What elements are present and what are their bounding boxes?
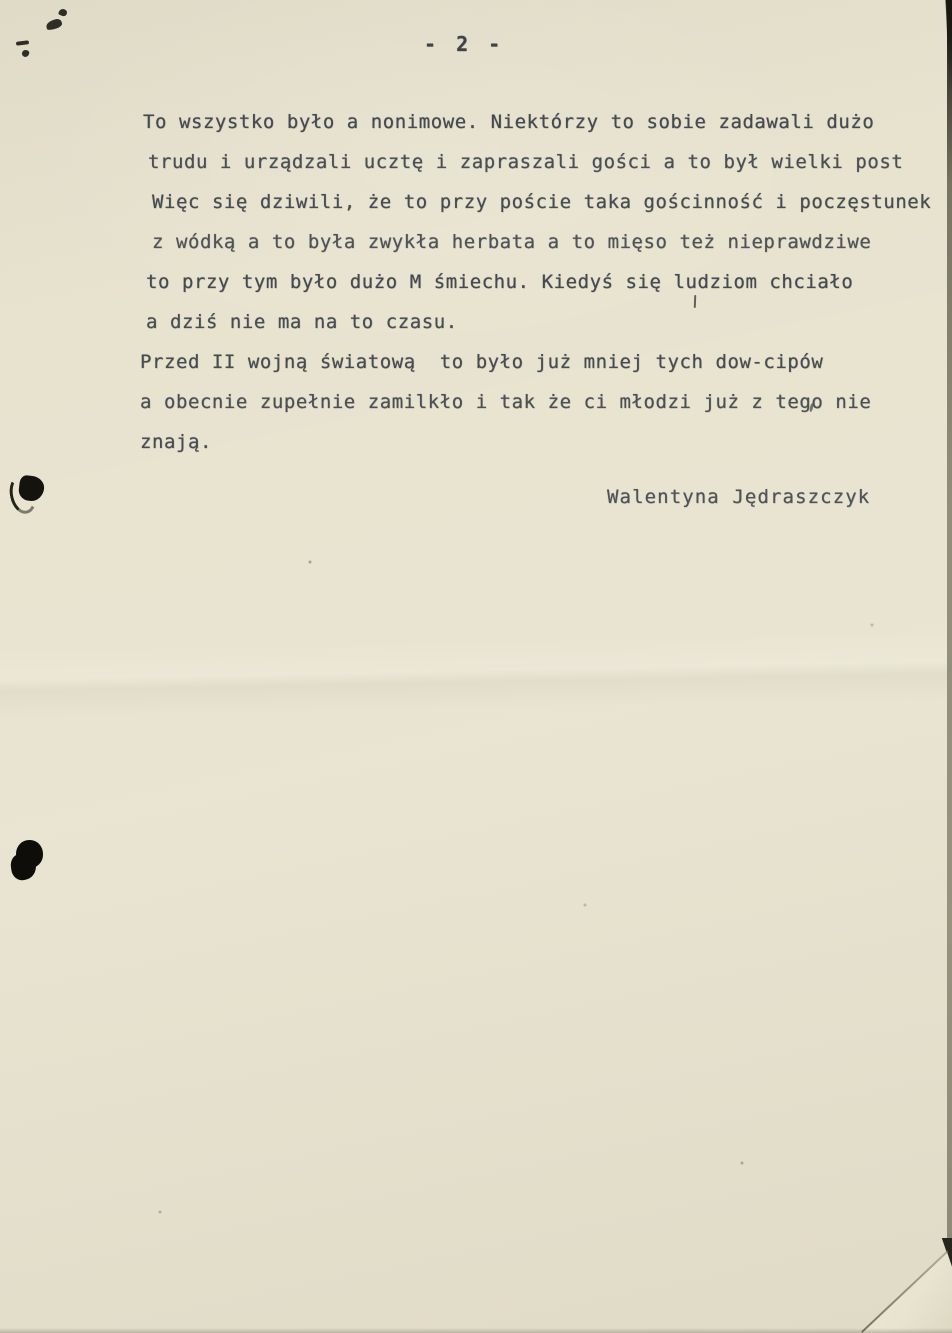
pen-mark — [16, 40, 29, 46]
page-number: - 2 - — [424, 32, 504, 56]
typewritten-paragraph: To wszystko było a nonimowe. Niektórzy t… — [140, 102, 952, 462]
paper-crease — [0, 628, 952, 719]
text-line: a obecnie zupełnie zamilkło i tak że ci … — [140, 382, 952, 422]
text-line: to przy tym było dużo M śmiechu. Kiedyś … — [146, 262, 952, 302]
pen-mark — [58, 8, 68, 18]
text-line: a dziś nie ma na to czasu. — [146, 302, 952, 342]
text-line: To wszystko było a nonimowe. Niektórzy t… — [143, 102, 952, 142]
scanned-page: - 2 - To wszystko było a nonimowe. Niekt… — [0, 0, 952, 1333]
signature-name: Walentyna Jędraszczyk — [607, 486, 870, 508]
ink-blot-upper — [10, 472, 48, 514]
blot-core — [18, 475, 46, 503]
text-line: Przed II wojną światową to było już mnie… — [140, 342, 952, 382]
pen-mark — [45, 18, 63, 32]
scan-edge-bottom — [0, 1328, 952, 1333]
text-line: Więc się dziwili, że to przy poście taka… — [152, 182, 952, 222]
pen-mark — [21, 49, 30, 58]
text-line: trudu i urządzali ucztę i zapraszali goś… — [148, 142, 952, 182]
text-line: znają. — [140, 422, 952, 462]
text-line: z wódką a to była zwykła herbata a to mi… — [152, 222, 952, 262]
ink-blot-lower — [11, 840, 47, 886]
scan-edge-right — [947, 0, 952, 1333]
